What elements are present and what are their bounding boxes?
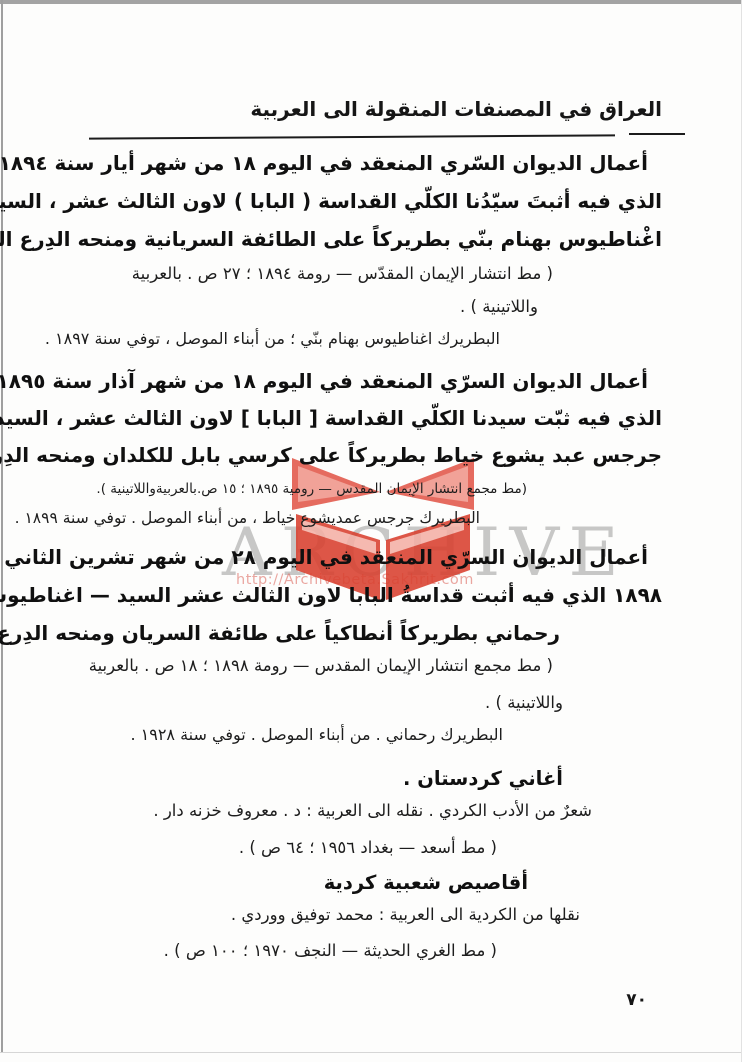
entry-title-line: الذي فيه ثبّت سيدنا الكلّي القداسة [ الب…: [0, 406, 662, 431]
citation-line: ( مط الغري الحديثة — النجف ١٩٧٠ ؛ ١٠٠ ص …: [164, 941, 497, 962]
scan-edge-bottom: [0, 1052, 742, 1053]
entry-title-line: أعمال الديوان السّري المنعقد في اليوم ١٨…: [0, 151, 648, 176]
section-heading: أغاني كردستان .: [403, 767, 563, 791]
open-book-icon: [288, 458, 478, 603]
entry-title-line: الذي فيه أثبتَ سيّدُنا الكلّي القداسة ( …: [0, 189, 662, 214]
citation-line: ( مط انتشار الإيمان المقدّس — رومة ١٨٩٤ …: [132, 264, 553, 285]
entry-title-line: أعمال الديوان السرّي المنعقد في اليوم ٢٨…: [0, 545, 648, 570]
citation-line: ( مط أسعد — بغداد ١٩٥٦ ؛ ٦٤ ص ) .: [239, 838, 497, 859]
citation-line: واللاتينية ) .: [460, 297, 538, 318]
note-line: البطريرك رحماني . من أبناء الموصل . توفي…: [130, 725, 503, 745]
header-rule-long: [89, 134, 615, 139]
citation-line: (مط مجمع انتشار الإيمان المقدس — رومية ١…: [96, 481, 527, 498]
note-line: البطريرك جرجس عمديشوع خياط ، من أبناء ال…: [15, 509, 480, 528]
entry-title-line: اغْناطيوس بهنام بنّي بطريركاً على الطائف…: [0, 227, 662, 252]
scanned-book-page: ARCHIVE http://Archivebeta.Sakhrit.com ا…: [0, 0, 742, 1062]
entry-title-line: أعمال الديوان السرّي المنعقد في اليوم ١٨…: [0, 369, 648, 394]
entry-title-line: جرجس عبد يشوع خياط بطريركاً على كرسي باب…: [0, 443, 662, 468]
entry-title-line: رحماني بطريركاً أنطاكياً على طائفة السري…: [0, 621, 560, 646]
entry-body-line: نقلها من الكردية الى العربية : محمد توفي…: [231, 905, 580, 926]
entry-body-line: شعرٌ من الأدب الكردي . نقله الى العربية …: [153, 801, 592, 822]
running-head-title: العراق في المصنفات المنقولة الى العربية: [250, 97, 662, 122]
section-heading: أقاصيص شعبية كردية: [324, 871, 528, 895]
page-number: ٧٠: [626, 990, 647, 1011]
citation-line: ( مط مجمع انتشار الإيمان المقدس — رومة ١…: [89, 656, 553, 677]
scan-edge-top: [0, 0, 742, 4]
note-line: البطريرك اغناطيوس بهنام بنّي ؛ من أبناء …: [45, 329, 500, 349]
entry-title-line: ١٨٩٨ الذي فيه أثبت قداسةُ البابا لاون ال…: [0, 583, 662, 608]
header-rule-short: [629, 133, 685, 135]
citation-line: واللاتينية ) .: [485, 693, 563, 714]
